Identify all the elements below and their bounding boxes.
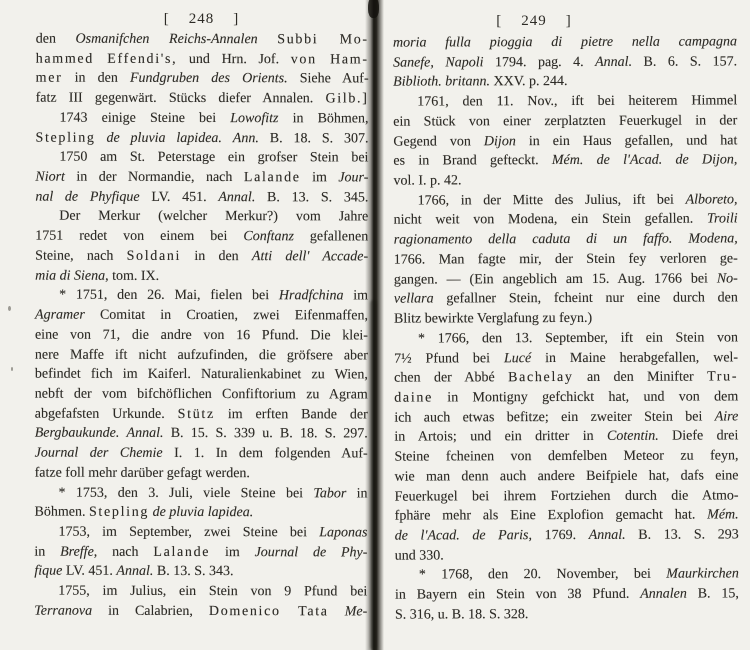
text: es in Brand gefteckt. bbox=[393, 153, 552, 169]
text: fphäre mehr als Eine Explofion gemacht h… bbox=[395, 508, 708, 524]
text-line: vellara gefallner Stein, fcheint nur ein… bbox=[394, 289, 738, 310]
text-line: befindet fich im Kaiferl. Naturalienkabi… bbox=[35, 365, 368, 386]
text: vol. I. p. 42. bbox=[393, 173, 461, 188]
text-line: Stepling de pluvia lapidea. Ann. B. 18. … bbox=[35, 128, 368, 149]
text-line: hammed Effendi's, und Hrn. Jof. von Ham- bbox=[36, 49, 369, 70]
text-line: 1753, im September, zwei Steine bei Lapo… bbox=[34, 523, 367, 544]
text: 1743 einige Steine bei bbox=[60, 111, 231, 126]
text-line: chen der Abbé Bachelay an den Minifter T… bbox=[394, 368, 738, 389]
text-line: fique LV. 451. Annal. B. 13. S. 343. bbox=[34, 562, 367, 583]
text: fatze foll mehr darüber gefagt werden. bbox=[35, 465, 250, 481]
text-line: * 1751, den 26. Mai, fielen bei Hradfchi… bbox=[35, 286, 368, 307]
text: * 1766, den 13. September, ift ein Stein… bbox=[418, 330, 738, 346]
text: 1761, den 11. Nov., ift bei heiterem Him… bbox=[417, 94, 737, 110]
text-line: fatz III gegenwärt. Stücks diefer Annale… bbox=[36, 89, 369, 110]
italic-text: Me- bbox=[345, 604, 368, 619]
text: B. 15. S. 339 u. B. 18. S. 297. bbox=[163, 426, 367, 442]
italic-text: ragionamento della caduta di un faffo. M… bbox=[394, 232, 738, 248]
page-text-right: moria fulla pioggia di pietre nella camp… bbox=[393, 32, 739, 625]
text: gangen. — (Ein angeblich am 15. Aug. 176… bbox=[394, 271, 717, 287]
text: * 1751, den 26. Mai, fielen bei bbox=[59, 288, 279, 304]
italic-text: Lucé bbox=[504, 351, 531, 366]
italic-text: Cotentin. bbox=[607, 429, 659, 444]
italic-text: de pluvia lapidea. bbox=[106, 130, 221, 145]
text: 1750 am St. Peterstage ein grofser Stein… bbox=[59, 150, 368, 166]
text: B. 13. S. 293 bbox=[626, 527, 739, 542]
text-line: Der Merkur (welcher Merkur?) vom Jahre bbox=[35, 207, 368, 228]
text bbox=[96, 130, 107, 145]
text bbox=[222, 131, 233, 146]
text-line: 1751 redet von einem bei Conftanz gefall… bbox=[35, 227, 368, 248]
italic-text: Laponas bbox=[319, 525, 367, 540]
text: in Calabrien, bbox=[92, 604, 209, 619]
italic-text: Breffe bbox=[60, 544, 94, 559]
text: S. 316, u. B. 18. S. 328. bbox=[395, 607, 528, 622]
text: chen der Abbé bbox=[394, 370, 508, 385]
italic-text: Atti dell' Accade- bbox=[252, 249, 368, 264]
text: Böhmen. bbox=[34, 505, 88, 520]
text: 1769. bbox=[532, 528, 589, 543]
text: in Maine herabgefallen, wel- bbox=[531, 350, 738, 366]
text-line: mer in den Fundgruben des Orients. Siehe… bbox=[36, 69, 369, 90]
text-line: mia di Siena, tom. IX. bbox=[35, 266, 368, 287]
text: ein Stück von einer zerplatzten Feuerkug… bbox=[393, 113, 737, 129]
paper-speck bbox=[11, 367, 13, 371]
italic-text: Osmanifchen Reichs-Annalen bbox=[76, 32, 258, 47]
text: LV. 451. bbox=[140, 190, 219, 205]
text-line: 1743 einige Steine bei Lowofitz in Böhme… bbox=[36, 108, 369, 129]
text-line: fatze foll mehr darüber gefagt werden. bbox=[35, 463, 368, 484]
letterspaced-name: Domenico Tata bbox=[209, 604, 329, 619]
text-line: fphäre mehr als Eine Explofion gemacht h… bbox=[395, 506, 739, 527]
text: Siehe Auf- bbox=[288, 72, 369, 87]
italic-text: Fundgruben des Orients. bbox=[130, 71, 288, 86]
text-line: in Breffe, nach Lalande im Journal de Ph… bbox=[34, 542, 367, 563]
text-line: Terranova in Calabrien, Domenico Tata Me… bbox=[34, 601, 367, 622]
italic-text: Conftanz bbox=[243, 229, 294, 244]
text: in Böhmen, bbox=[278, 111, 368, 126]
italic-text: Annal. bbox=[218, 190, 255, 205]
text: XXV. p. 244. bbox=[490, 74, 568, 89]
text-line: Sanefe, Napoli 1794. pag. 4. Annal. B. 6… bbox=[393, 52, 737, 73]
text: Blitz bewirkte Verglafung zu feyn.) bbox=[394, 311, 592, 327]
letterspaced-name: von Ham- bbox=[291, 52, 369, 67]
text: 7½ Pfund bei bbox=[394, 351, 504, 366]
text: in Montigny gefchickt hat, und von dem bbox=[433, 389, 738, 405]
text-line: 1755, im Julius, ein Stein von 9 Pfund b… bbox=[34, 582, 367, 603]
text: I. 1. In dem folgenden Auf- bbox=[163, 446, 368, 462]
text-line: de l'Acad. de Paris, 1769. Annal. B. 13.… bbox=[395, 525, 739, 546]
text: eine von 71, die andre von 16 Pfund. Die… bbox=[35, 327, 368, 343]
text: * 1753, den 3. Juli, viele Steine bei bbox=[59, 485, 314, 501]
text-line: nebft der vom bifchöflichen Confiftorium… bbox=[35, 385, 368, 406]
text: im bbox=[301, 170, 339, 185]
text-line: Biblioth. britann. XXV. p. 244. bbox=[393, 72, 737, 93]
text: , tom. IX. bbox=[105, 268, 159, 283]
italic-text: Biblioth. britann. bbox=[393, 75, 490, 90]
text: Diefe drei bbox=[659, 429, 739, 444]
italic-text: Sanefe, Napoli bbox=[393, 55, 483, 70]
text-line: und 330. bbox=[395, 545, 739, 566]
text: B. 13. S. 345. bbox=[255, 190, 368, 205]
text-line: moria fulla pioggia di pietre nella camp… bbox=[393, 32, 737, 53]
italic-text: Bergbaukunde. bbox=[35, 426, 120, 441]
book-gutter-shadow bbox=[365, 0, 384, 650]
text: in bbox=[34, 544, 60, 559]
text-line: vol. I. p. 42. bbox=[393, 170, 737, 191]
text: in den bbox=[62, 71, 130, 86]
italic-text: Annal. bbox=[116, 564, 153, 579]
italic-text: Mém. de l'Acad. de Dijon, bbox=[552, 153, 738, 169]
italic-text: Troili bbox=[707, 212, 738, 227]
italic-text: Annalen bbox=[640, 587, 687, 602]
text-line: 1761, den 11. Nov., ift bei heiterem Him… bbox=[393, 92, 737, 113]
text: Der Merkur (welcher Merkur?) vom Jahre bbox=[59, 209, 368, 225]
text-line: Steine, nach Soldani in den Atti dell' A… bbox=[35, 246, 368, 267]
text: wie man denn auch andere Beifpiele hat, … bbox=[394, 468, 738, 484]
text-line: * 1768, den 20. November, bei Maurkirche… bbox=[395, 565, 739, 586]
text: in ein Haus gefallen, und hat bbox=[516, 133, 738, 149]
text-line: 1750 am St. Peterstage ein grofser Stein… bbox=[35, 148, 368, 169]
text-line: Journal der Chemie I. 1. In dem folgende… bbox=[35, 444, 368, 465]
text: in Artois; und ein dritter in bbox=[394, 429, 607, 445]
italic-text: Ann. bbox=[233, 131, 259, 146]
text: B. 15, bbox=[687, 587, 739, 602]
letterspaced-name: Stütz bbox=[178, 407, 215, 422]
text-line: den Osmanifchen Reichs-Annalen Subbi Mo- bbox=[36, 30, 369, 51]
italic-text: de l'Acad. de Paris, bbox=[395, 528, 532, 543]
page-number-left: [ 248 ] bbox=[35, 11, 368, 28]
text-line: wie man denn auch andere Beifpiele hat, … bbox=[394, 466, 738, 487]
text-line: 1766. Man fagte mir, der Stein fey verlo… bbox=[394, 249, 738, 270]
italic-text: Aire bbox=[715, 409, 739, 424]
text: fatz III gegenwärt. Stücks diefer Annale… bbox=[36, 91, 326, 107]
text: B. 13. S. 343. bbox=[153, 564, 233, 579]
letterspaced-name: Stepling bbox=[35, 130, 95, 145]
italic-text: mia di Siena bbox=[35, 268, 105, 283]
text-line: ein Stück von einer zerplatzten Feuerkug… bbox=[393, 111, 737, 132]
text: nebft der vom bifchöflichen Confiftorium… bbox=[35, 387, 368, 403]
italic-text: de pluvia lapidea. bbox=[153, 505, 254, 520]
italic-text: Journal de Phy- bbox=[255, 545, 368, 560]
italic-text: Lowofitz bbox=[230, 111, 278, 126]
text: Feuerkugel bei ihrem Fortziehen durch di… bbox=[395, 488, 739, 504]
italic-text: Niort bbox=[35, 170, 65, 185]
italic-text: nal de Phyfique bbox=[35, 189, 139, 204]
paper-speck bbox=[8, 306, 11, 311]
text-line: Gegend von Dijon in ein Haus gefallen, u… bbox=[393, 131, 737, 152]
text-line: Bergbaukunde. Annal. B. 15. S. 339 u. B.… bbox=[35, 424, 368, 445]
text-line: Steine fcheinen von demfelben Meteor zu … bbox=[394, 446, 738, 467]
page-text-left: den Osmanifchen Reichs-Annalen Subbi Mo-… bbox=[34, 30, 369, 622]
italic-text: Tabor bbox=[313, 486, 346, 501]
text-line: eine von 71, die andre von 16 Pfund. Die… bbox=[35, 325, 368, 346]
letterspaced-name: Gilb.] bbox=[325, 91, 368, 106]
letterspaced-name: Tru- bbox=[707, 370, 738, 385]
text-line: Blitz bewirkte Verglafung zu feyn.) bbox=[394, 308, 738, 329]
text: und 330. bbox=[395, 548, 444, 563]
text-line: daine in Montigny gefchickt hat, und von… bbox=[394, 387, 738, 408]
letterspaced-name: Subbi Mo- bbox=[277, 32, 369, 47]
italic-text: Maurkirchen bbox=[666, 567, 739, 582]
letterspaced-name: hammed Effendi's, bbox=[36, 51, 178, 66]
text: nicht weit von Modena, ein Stein gefalle… bbox=[394, 212, 707, 228]
italic-text: Annal. bbox=[589, 528, 626, 543]
italic-text: Annal. bbox=[595, 54, 632, 69]
text-line: gangen. — (Ein angeblich am 15. Aug. 176… bbox=[394, 269, 738, 290]
text: B. 18. S. 307. bbox=[259, 131, 369, 146]
text: , nach bbox=[94, 544, 154, 559]
text-line: nere Maffe ift nicht aufzufinden, die gr… bbox=[35, 345, 368, 366]
italic-text: Hradfchina bbox=[279, 289, 344, 304]
italic-text: Jour- bbox=[338, 170, 368, 185]
text-line: 1766, in der Mitte des Julius, ift bei A… bbox=[394, 190, 738, 211]
text-line: ragionamento della caduta di un faffo. M… bbox=[394, 230, 738, 251]
letterspaced-name: Soldani bbox=[127, 249, 182, 264]
italic-text: vellara bbox=[394, 292, 434, 307]
text bbox=[258, 32, 278, 47]
text: an den Minifter bbox=[574, 370, 708, 385]
text-line: nicht weit von Modena, ein Stein gefalle… bbox=[394, 210, 738, 231]
italic-text: Agramer bbox=[35, 308, 85, 323]
italic-text: Dijon bbox=[484, 134, 516, 149]
text: 1766. Man fagte mir, der Stein fey verlo… bbox=[394, 251, 738, 267]
text-line: nal de Phyfique LV. 451. Annal. B. 13. S… bbox=[35, 187, 368, 208]
text-line: * 1766, den 13. September, ift ein Stein… bbox=[394, 328, 738, 349]
text: ich auch etwas befitze; ein zweiter Stei… bbox=[394, 409, 714, 425]
text: gefallenen bbox=[294, 229, 368, 244]
text-line: in Bayern ein Stein von 38 Pfund. Annale… bbox=[395, 585, 739, 606]
text: Gegend von bbox=[393, 134, 484, 149]
scanned-book-spread: [ 248 ] den Osmanifchen Reichs-Annalen S… bbox=[0, 0, 750, 650]
text: nere Maffe ift nicht aufzufinden, die gr… bbox=[35, 347, 368, 363]
italic-text: moria fulla pioggia di pietre nella camp… bbox=[393, 34, 737, 50]
text: den bbox=[36, 32, 76, 47]
text-line: es in Brand gefteckt. Mém. de l'Acad. de… bbox=[393, 151, 737, 172]
text-line: abgefafsten Urkunde. Stütz im erften Ban… bbox=[35, 404, 368, 425]
italic-text: No- bbox=[717, 271, 738, 286]
text: befindet fich im Kaiferl. Naturalienkabi… bbox=[35, 367, 368, 383]
text: im bbox=[210, 545, 254, 560]
text-line: 7½ Pfund bei Lucé in Maine herabgefallen… bbox=[394, 348, 738, 369]
italic-text: Terranova bbox=[34, 603, 92, 618]
text: gefallner Stein, fcheint nur eine durch … bbox=[434, 291, 738, 307]
text-line: Agramer Comitat in Croatien, zwei Eifenm… bbox=[35, 306, 368, 327]
letterspaced-name: Lalande bbox=[153, 545, 210, 560]
letterspaced-name: Bachelay bbox=[508, 370, 574, 385]
italic-text: fique bbox=[34, 564, 62, 579]
text: 1766, in der Mitte des Julius, ift bei bbox=[418, 192, 686, 208]
italic-text: Annal. bbox=[127, 426, 164, 441]
letterspaced-name: Lalande bbox=[244, 170, 301, 185]
italic-text: Journal der Chemie bbox=[35, 446, 163, 461]
text: und Hrn. Jof. bbox=[177, 52, 290, 67]
text: Steine, nach bbox=[35, 248, 126, 263]
letterspaced-name: mer bbox=[36, 71, 63, 86]
text bbox=[329, 604, 345, 619]
text: 1794. pag. 4. bbox=[483, 55, 595, 70]
text-line: S. 316, u. B. 18. S. 328. bbox=[395, 604, 739, 625]
text: 1753, im September, zwei Steine bei bbox=[58, 525, 319, 541]
text: 1751 redet von einem bei bbox=[35, 229, 243, 245]
text: in Bayern ein Stein von 38 Pfund. bbox=[395, 587, 640, 603]
letterspaced-name: Stepling bbox=[89, 505, 149, 520]
text-line: in Artois; und ein dritter in Cotentin. … bbox=[394, 427, 738, 448]
text bbox=[119, 426, 126, 441]
text-line: Feuerkugel bei ihrem Fortziehen durch di… bbox=[395, 486, 739, 507]
text: in der Normandie, nach bbox=[65, 170, 244, 185]
text: LV. 451. bbox=[62, 564, 116, 579]
text: * 1768, den 20. November, bei bbox=[419, 567, 666, 583]
text: abgefafsten Urkunde. bbox=[35, 406, 178, 421]
italic-text: Mém. bbox=[707, 508, 739, 523]
italic-text: Alboreto, bbox=[686, 192, 738, 207]
text: Steine fcheinen von demfelben Meteor zu … bbox=[394, 448, 738, 464]
text: in den bbox=[181, 249, 252, 264]
page-number-right: [ 249 ] bbox=[362, 13, 706, 30]
text: Comitat in Croatien, zwei Eifenmaffen, bbox=[85, 308, 368, 324]
text-line: Böhmen. Stepling de pluvia lapidea. bbox=[34, 503, 367, 524]
text-line: * 1753, den 3. Juli, viele Steine bei Ta… bbox=[35, 483, 368, 504]
text: B. 6. S. 157. bbox=[632, 54, 737, 69]
text-line: ich auch etwas befitze; ein zweiter Stei… bbox=[394, 407, 738, 428]
letterspaced-name: daine bbox=[394, 390, 433, 405]
text: 1755, im Julius, ein Stein von 9 Pfund b… bbox=[58, 584, 367, 600]
text: im erften Bande der bbox=[215, 407, 368, 422]
text-line: Niort in der Normandie, nach Lalande im … bbox=[35, 168, 368, 189]
